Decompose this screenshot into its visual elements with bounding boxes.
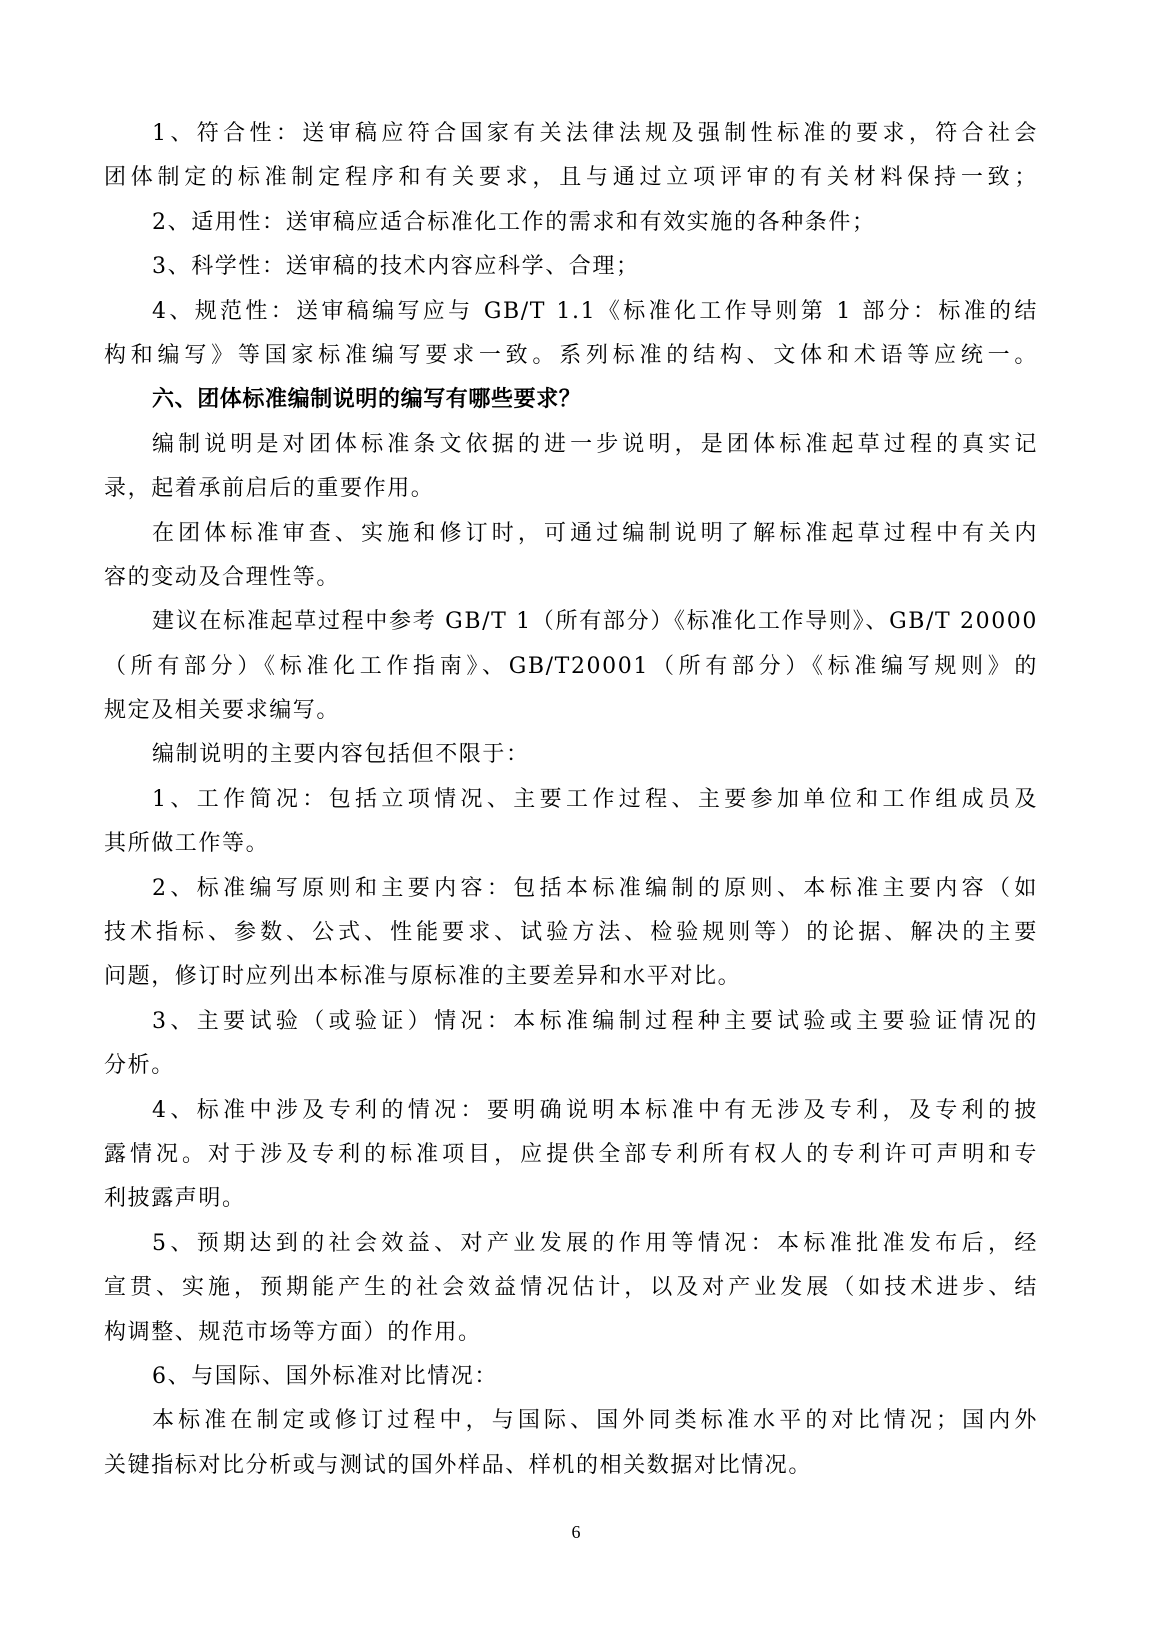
text-line: 6、与国际、国外标准对比情况： — [104, 1355, 1038, 1399]
text-line: 关键指标对比分析或与测试的国外样品、样机的相关数据对比情况。 — [104, 1444, 1038, 1488]
text-line: 1、工作简况：包括立项情况、主要工作过程、主要参加单位和工作组成员及 — [104, 778, 1038, 822]
text-line: 利披露声明。 — [104, 1177, 1038, 1221]
text-line: 规定及相关要求编写。 — [104, 689, 1038, 733]
text-line: （所有部分）《标准化工作指南》、GB/T20001（所有部分）《标准编写规则》的 — [104, 645, 1038, 689]
text-line: 分析。 — [104, 1044, 1038, 1088]
text-line: 构和编写》等国家标准编写要求一致。系列标准的结构、文体和术语等应统一。 — [104, 334, 1038, 378]
text-line: 其所做工作等。 — [104, 822, 1038, 866]
text-line: 在团体标准审查、实施和修订时，可通过编制说明了解标准起草过程中有关内 — [104, 512, 1038, 556]
page-number: 6 — [0, 1522, 1152, 1543]
section-heading: 六、团体标准编制说明的编写有哪些要求？ — [104, 378, 1038, 422]
document-page: 1、符合性：送审稿应符合国家有关法律法规及强制性标准的要求，符合社会 团体制定的… — [0, 0, 1152, 1640]
text-line: 露情况。对于涉及专利的标准项目，应提供全部专利所有权人的专利许可声明和专 — [104, 1133, 1038, 1177]
text-line: 2、适用性：送审稿应适合标准化工作的需求和有效实施的各种条件； — [104, 201, 1038, 245]
text-line: 团体制定的标准制定程序和有关要求，且与通过立项评审的有关材料保持一致； — [104, 156, 1038, 200]
text-line: 5、预期达到的社会效益、对产业发展的作用等情况：本标准批准发布后，经 — [104, 1222, 1038, 1266]
text-line: 建议在标准起草过程中参考 GB/T 1（所有部分）《标准化工作导则》、GB/T … — [104, 600, 1038, 644]
document-body: 1、符合性：送审稿应符合国家有关法律法规及强制性标准的要求，符合社会 团体制定的… — [104, 112, 1038, 1488]
text-line: 编制说明的主要内容包括但不限于： — [104, 733, 1038, 777]
text-line: 宣贯、实施，预期能产生的社会效益情况估计，以及对产业发展（如技术进步、结 — [104, 1266, 1038, 1310]
text-line: 构调整、规范市场等方面）的作用。 — [104, 1311, 1038, 1355]
text-line: 本标准在制定或修订过程中，与国际、国外同类标准水平的对比情况；国内外 — [104, 1399, 1038, 1443]
text-line: 容的变动及合理性等。 — [104, 556, 1038, 600]
text-line: 技术指标、参数、公式、性能要求、试验方法、检验规则等）的论据、解决的主要 — [104, 911, 1038, 955]
text-line: 问题，修订时应列出本标准与原标准的主要差异和水平对比。 — [104, 955, 1038, 999]
text-line: 4、标准中涉及专利的情况：要明确说明本标准中有无涉及专利，及专利的披 — [104, 1089, 1038, 1133]
text-line: 4、规范性：送审稿编写应与 GB/T 1.1《标准化工作导则第 1 部分：标准的… — [104, 290, 1038, 334]
text-line: 1、符合性：送审稿应符合国家有关法律法规及强制性标准的要求，符合社会 — [104, 112, 1038, 156]
text-line: 2、标准编写原则和主要内容：包括本标准编制的原则、本标准主要内容（如 — [104, 867, 1038, 911]
text-line: 录，起着承前启后的重要作用。 — [104, 467, 1038, 511]
text-line: 编制说明是对团体标准条文依据的进一步说明，是团体标准起草过程的真实记 — [104, 423, 1038, 467]
text-line: 3、主要试验（或验证）情况：本标准编制过程种主要试验或主要验证情况的 — [104, 1000, 1038, 1044]
text-line: 3、科学性：送审稿的技术内容应科学、合理； — [104, 245, 1038, 289]
